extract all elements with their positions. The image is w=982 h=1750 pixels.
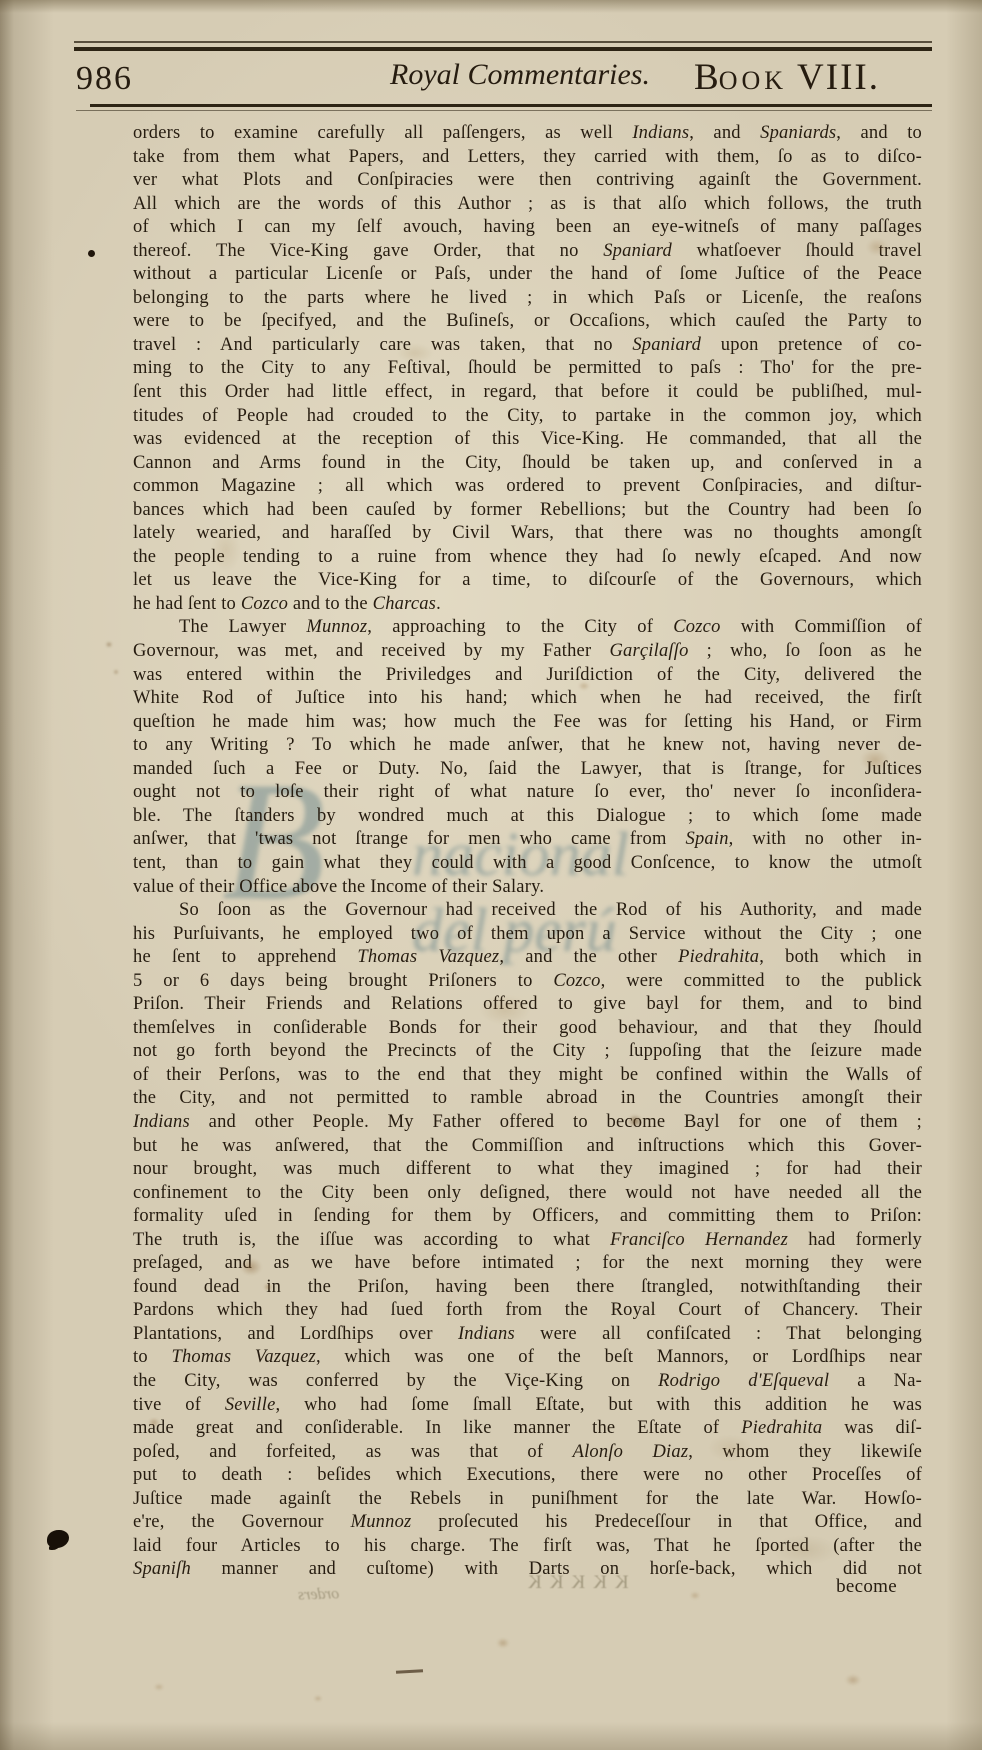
text-line: were to be ſpecifyed, and the Buſineſs, …	[133, 310, 922, 334]
text-line: not go forth beyond the Precincts of the…	[133, 1040, 922, 1064]
text-line: thereof. The Vice-King gave Order, that …	[133, 240, 922, 264]
text-line: manded ſuch a Fee or Duty. No, ſaid the …	[133, 758, 922, 782]
text-line: to Thomas Vazquez, which was one of the …	[133, 1346, 922, 1370]
text-line: ought not to loſe their right of what na…	[133, 781, 922, 805]
italic-proper-noun: Cozco	[673, 617, 720, 637]
italic-proper-noun: Thomas Vazquez	[171, 1347, 315, 1367]
text-line: themſelves in conſiderable Bonds for the…	[133, 1017, 922, 1041]
top-rule-thin	[74, 41, 932, 43]
text-line: belonging to the parts where he lived ; …	[133, 287, 922, 311]
paper-stain	[152, 1682, 166, 1692]
italic-proper-noun: Spaniard	[603, 241, 672, 261]
italic-proper-noun: Indians	[133, 1112, 190, 1132]
italic-proper-noun: Thomas Vazquez	[357, 947, 499, 967]
text-line: ble. The ſtanders by wondred much at thi…	[133, 805, 922, 829]
text-line: ſent this Order had little effect, in re…	[133, 381, 922, 405]
text-line: without a particular Licenſe or Paſs, un…	[133, 263, 922, 287]
text-line: Cannon and Arms found in the City, ſhoul…	[133, 452, 922, 476]
italic-proper-noun: Cozco	[241, 594, 288, 614]
text-line: bances which had been cauſed by former R…	[133, 499, 922, 523]
italic-proper-noun: Spaniard	[632, 335, 701, 355]
text-line: was entered within the Priviledges and J…	[133, 664, 922, 688]
italic-proper-noun: Piedrahita	[741, 1418, 822, 1438]
text-line: value of their Office above the Income o…	[133, 876, 922, 900]
text-line: formality uſed in ſending for them by Of…	[133, 1205, 922, 1229]
top-rule-thick	[74, 47, 932, 51]
italic-proper-noun: Spain	[686, 829, 729, 849]
text-line: 5 or 6 days being brought Priſoners to C…	[133, 970, 922, 994]
italic-proper-noun: Munnoz	[306, 617, 367, 637]
italic-proper-noun: Alonſo Diaz	[573, 1442, 689, 1462]
catchword: become	[0, 1576, 897, 1598]
paper-stain	[312, 1694, 324, 1703]
text-line: travel : And particularly care was taken…	[133, 334, 922, 358]
text-line: anſwer, that 'twas not ſtrange for men w…	[133, 828, 922, 852]
paper-stain	[112, 668, 120, 676]
running-title: Royal Commentaries.	[355, 58, 685, 92]
text-line: his Purſuivants, he employed two of them…	[133, 923, 922, 947]
text-line: The Lawyer Munnoz, approaching to the Ci…	[133, 616, 922, 640]
book-page: 986 Royal Commentaries. BOOKVIII. B naci…	[0, 0, 982, 1750]
text-line: let us leave the Vice-King for a time, t…	[133, 569, 922, 593]
italic-proper-noun: Cozco	[553, 971, 600, 991]
text-line: ver what Plots and Conſpiracies were the…	[133, 169, 922, 193]
text-line: e're, the Governour Munnoz proſecuted hi…	[133, 1511, 922, 1535]
header-rule-thin	[76, 110, 932, 111]
text-line: Pardons which they had ſued forth from t…	[133, 1299, 922, 1323]
text-line: put to death : beſides which Executions,…	[133, 1464, 922, 1488]
italic-proper-noun: Indians	[458, 1324, 515, 1344]
text-line: made great and conſiderable. In like man…	[133, 1417, 922, 1441]
text-line: Indians and other People. My Father offe…	[133, 1111, 922, 1135]
book-word-initial: B	[694, 57, 719, 98]
text-line: the people tending to a ruine from whenc…	[133, 546, 922, 570]
text-line: White Rod of Juſtice into his hand; whic…	[133, 687, 922, 711]
bleedthrough-catchword: orders	[298, 1585, 340, 1604]
ink-blot	[47, 1530, 69, 1548]
text-line: titudes of People had crouded to the Cit…	[133, 405, 922, 429]
text-line: take from them what Papers, and Letters,…	[133, 146, 922, 170]
text-line: So ſoon as the Governour had received th…	[133, 899, 922, 923]
book-numeral: VIII.	[797, 57, 880, 98]
text-line: of their Perſons, was to the end that th…	[133, 1064, 922, 1088]
text-line: tive of Seville, who had ſome ſmall Eſta…	[133, 1394, 922, 1418]
text-line: tent, than to gain what they could with …	[133, 852, 922, 876]
text-line: Juſtice made againſt the Rebels in puniſ…	[133, 1488, 922, 1512]
italic-proper-noun: Munnoz	[351, 1512, 412, 1532]
italic-proper-noun: Seville	[225, 1395, 276, 1415]
text-line: but he was anſwered, that the Commiſſion…	[133, 1135, 922, 1159]
text-line: Priſon. Their Friends and Relations offe…	[133, 993, 922, 1017]
text-line: to any Writing ? To which he made anſwer…	[133, 734, 922, 758]
bleedthrough-signature-mark: KKKKK	[520, 1572, 629, 1594]
italic-proper-noun: Rodrigo d'Eſqueval	[658, 1371, 829, 1391]
paper-stain	[104, 640, 114, 649]
italic-proper-noun: Franciſco Hernandez	[610, 1230, 788, 1250]
italic-proper-noun: Spaniards	[760, 123, 836, 143]
text-line: common Magazine ; all which was ordered …	[133, 475, 922, 499]
text-line: preſaged, and as we have before intimate…	[133, 1252, 922, 1276]
text-line: the City, was conferred by the Viçe-King…	[133, 1370, 922, 1394]
text-line: laid four Articles to his charge. The fi…	[133, 1535, 922, 1559]
text-line: The truth is, the iſſue was according to…	[133, 1229, 922, 1253]
page-number: 986	[76, 60, 133, 98]
text-line: orders to examine carefully all paſſenge…	[133, 122, 922, 146]
text-line: Governour, was met, and received by my F…	[133, 640, 922, 664]
book-word-smallcaps: OOK	[719, 66, 787, 95]
paper-stain	[842, 1672, 864, 1688]
body-text: orders to examine carefully all paſſenge…	[133, 122, 922, 1582]
bottom-margin-dash	[396, 1669, 423, 1673]
book-label: BOOKVIII.	[694, 56, 880, 99]
text-line: queſtion he made him was; how much the F…	[133, 711, 922, 735]
italic-proper-noun: Garçilaſſo	[609, 641, 688, 661]
text-line: nour brought, was much different to what…	[133, 1158, 922, 1182]
header-rule-thick	[90, 104, 932, 107]
text-line: confinement to the City been only deſign…	[133, 1182, 922, 1206]
italic-proper-noun: Piedrahita	[678, 947, 759, 967]
text-line: All which are the words of this Author ;…	[133, 193, 922, 217]
text-line: poſed, and forfeited, as was that of Alo…	[133, 1441, 922, 1465]
text-line: he ſent to apprehend Thomas Vazquez, and…	[133, 946, 922, 970]
text-line: the City, and not permitted to ramble ab…	[133, 1087, 922, 1111]
text-line: he had ſent to Cozco and to the Charcas.	[133, 593, 922, 617]
text-line: ming to the City to any Feſtival, ſhould…	[133, 357, 922, 381]
italic-proper-noun: Indians	[632, 123, 689, 143]
text-line: of which I can my ſelf avouch, having be…	[133, 216, 922, 240]
text-line: was evidenced at the reception of this V…	[133, 428, 922, 452]
margin-ink-dot	[88, 250, 95, 257]
text-line: found dead in the Priſon, having been th…	[133, 1276, 922, 1300]
text-line: lately wearied, and haraſſed by Civil Wa…	[133, 522, 922, 546]
text-line: Plantations, and Lordſhips over Indians …	[133, 1323, 922, 1347]
paper-stain	[494, 1636, 512, 1650]
italic-proper-noun: Charcas	[373, 594, 436, 614]
